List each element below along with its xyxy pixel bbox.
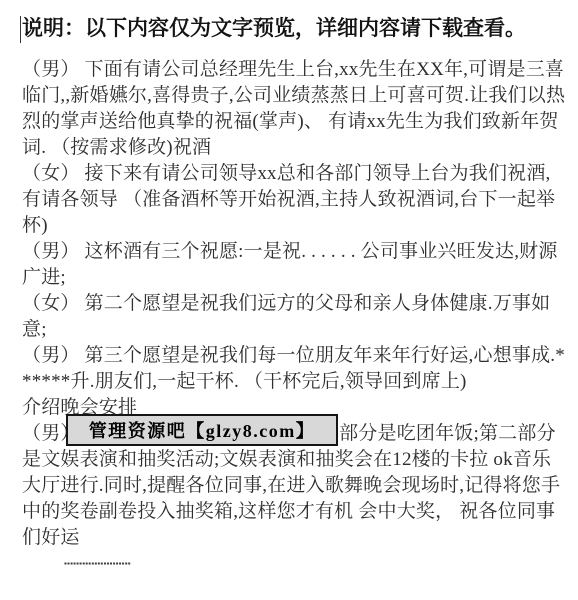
text-cursor [20, 16, 21, 43]
watermark-badge: 管理资源吧【glzy8.com】 [66, 414, 338, 446]
preview-notice: 说明：以下内容仅为文字预览，详细内容请下载查看。 [0, 0, 578, 42]
script-paragraph-male-3: （男） 第三个愿望是祝我们每一位朋友年来年行好运,心想事成.******升.朋友… [22, 343, 568, 395]
document-preview-page: 说明：以下内容仅为文字预览，详细内容请下载查看。 （男） 下面有请公司总经理先生… [0, 0, 578, 600]
ellipsis-row: ▪▪▪▪▪▪▪▪▪▪▪▪▪▪▪▪▪▪▪▪▪▪ [64, 551, 568, 577]
script-paragraph-female-2: （女） 第二个愿望是祝我们远方的父母和亲人身体健康.万事如意; [22, 291, 568, 343]
script-content: （男） 下面有请公司总经理先生上台,xx先生在XX年,可谓是三喜临门,,新婚嬿尔… [0, 42, 578, 577]
script-paragraph-female-1: （女） 接下来有请公司领导xx总和各部门领导上台为我们祝酒,有请各领导 （准备酒… [22, 161, 568, 239]
script-paragraph-male-2: （男） 这杯酒有三个祝愿:一是祝. . . . . . 公司事业兴旺发达,财源广… [22, 239, 568, 291]
script-paragraph-male-1: （男） 下面有请公司总经理先生上台,xx先生在XX年,可谓是三喜临门,,新婚嬿尔… [22, 57, 568, 161]
